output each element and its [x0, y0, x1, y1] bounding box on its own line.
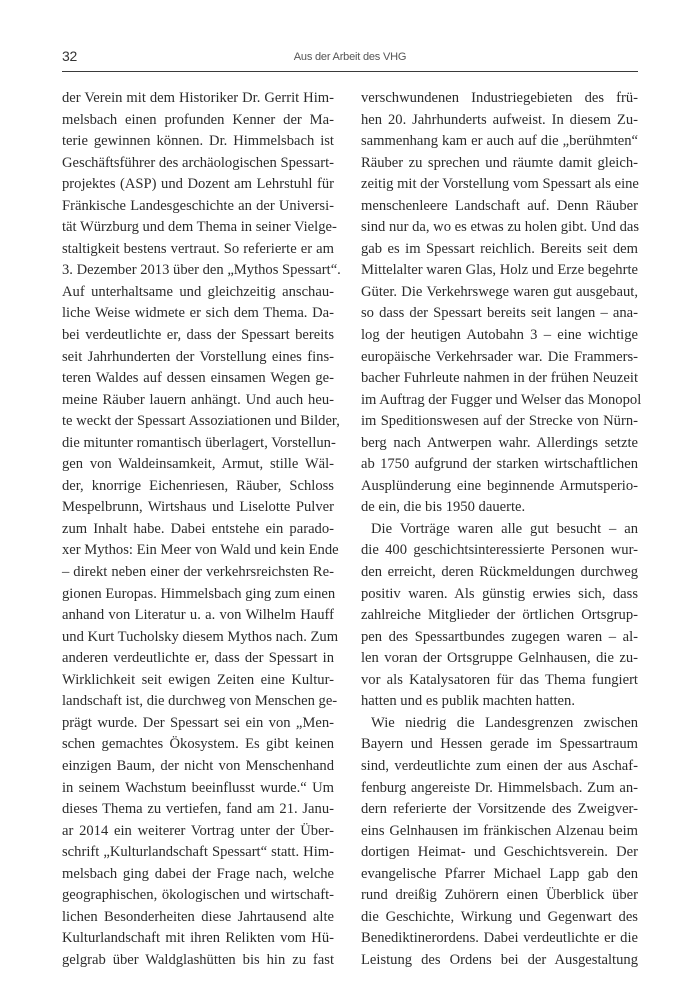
text-line: Die Vorträge waren alle gut besucht – an: [361, 519, 638, 541]
text-line: evangelische Pfarrer Michael Lapp gab de…: [361, 864, 638, 886]
text-line: hatten und es publik machten hatten.: [361, 691, 638, 713]
text-line: sammenhang kam er auch auf die „berühmte…: [361, 131, 638, 153]
text-line: Mittelalter waren Glas, Holz und Erze be…: [361, 260, 638, 282]
text-line: – direkt neben einer der verkehrsreichst…: [62, 562, 334, 584]
text-line: einzigen Baum, der nicht von Menschenhan…: [62, 756, 334, 778]
text-line: landschaft ist, die durchweg von Mensche…: [62, 691, 334, 713]
text-line: berg nach Antwerpen wahr. Allerdings set…: [361, 433, 638, 455]
text-line: die 400 geschichtsinteressierte Personen…: [361, 540, 638, 562]
text-line: vor als Katalysatoren für das Thema fung…: [361, 670, 638, 692]
text-line: so dass der Spessart bereits seit langen…: [361, 303, 638, 325]
left-column: der Verein mit dem Historiker Dr. Gerrit…: [62, 88, 334, 971]
text-line: die Geschichte, Wirkung und Gegenwart de…: [361, 907, 638, 929]
text-line: den erreicht, deren Rückmeldungen durchw…: [361, 562, 638, 584]
section-title: Aus der Arbeit des VHG: [62, 51, 638, 63]
text-line: Räuber zu sprechen und räumte damit glei…: [361, 153, 638, 175]
text-line: Ausplünderung eine beginnende Armutsperi…: [361, 476, 638, 498]
text-line: meine Räuber lauern anhängt. Und auch he…: [62, 390, 334, 412]
text-line: positiv waren. Als günstig erwies sich, …: [361, 584, 638, 606]
text-line: rund dreißig Zuhörern einen Überblick üb…: [361, 885, 638, 907]
text-line: bei verdeutlichte er, dass der Spessart …: [62, 325, 334, 347]
text-line: Fränkische Landesgeschichte an der Unive…: [62, 196, 334, 218]
text-line: terie gewinnen können. Dr. Himmelsbach i…: [62, 131, 334, 153]
text-line: pen des Spessartbundes zugegen waren – a…: [361, 627, 638, 649]
text-line: im Auftrag der Fugger und Welser das Mon…: [361, 390, 638, 412]
text-line: in seinem Wachstum beeinflusst wurde.“ U…: [62, 778, 334, 800]
text-line: Geschäftsführer des archäologischen Spes…: [62, 153, 334, 175]
text-line: projektes (ASP) und Dozent am Lehrstuhl …: [62, 174, 334, 196]
text-line: de ein, die bis 1950 dauerte.: [361, 497, 638, 519]
text-line: log der heutigen Autobahn 3 – eine wicht…: [361, 325, 638, 347]
text-line: dortigen Heimat- und Geschichtsverein. D…: [361, 842, 638, 864]
text-line: Wirklichkeit seit ewigen Zeiten eine Kul…: [62, 670, 334, 692]
text-line: Benediktinerordens. Dabei verdeutlichte …: [361, 928, 638, 950]
text-line: Bayern und Hessen gerade im Spessartraum: [361, 734, 638, 756]
text-line: und Kurt Tucholsky diesem Mythos nach. Z…: [62, 627, 334, 649]
text-line: gelgrab über Waldglashütten bis hin zu f…: [62, 950, 334, 972]
text-line: eins Gelnhausen im fränkischen Alzenau b…: [361, 821, 638, 843]
text-line: Kulturlandschaft mit ihren Relikten vom …: [62, 928, 334, 950]
text-line: der, knorrige Eichenriesen, Räuber, Schl…: [62, 476, 334, 498]
text-line: der Verein mit dem Historiker Dr. Gerrit…: [62, 88, 334, 110]
text-line: zum Inhalt habe. Dabei entstehe ein para…: [62, 519, 334, 541]
text-line: bacher Fuhrleute nahmen in der frühen Ne…: [361, 368, 638, 390]
text-line: im Speditionswesen auf der Strecke von N…: [361, 411, 638, 433]
text-line: seit Jahrhunderten der Vorstellung eines…: [62, 347, 334, 369]
text-line: 3. Dezember 2013 über den „Mythos Spessa…: [62, 260, 334, 282]
text-line: Mespelbrunn, Wirtshaus und Liselotte Pul…: [62, 497, 334, 519]
text-line: verschwundenen Industriegebieten des frü…: [361, 88, 638, 110]
text-line: Auf unterhaltsame und gleichzeitig ansch…: [62, 282, 334, 304]
text-line: Güter. Die Verkehrswege waren gut ausgeb…: [361, 282, 638, 304]
text-line: zeitig mit der Vorstellung vom Spessart …: [361, 174, 638, 196]
text-line: sind nur da, wo es etwas zu holen gibt. …: [361, 217, 638, 239]
text-line: te weckt der Spessart Assoziationen und …: [62, 411, 334, 433]
text-line: anderen verdeutlichte er, dass der Spess…: [62, 648, 334, 670]
text-line: geographischen, ökologischen und wirtsch…: [62, 885, 334, 907]
text-line: lichen Besonderheiten diese Jahrtausend …: [62, 907, 334, 929]
text-line: gionen Europas. Himmelsbach ging zum ein…: [62, 584, 334, 606]
text-line: ab 1750 aufgrund der starken wirtschaftl…: [361, 454, 638, 476]
text-line: ar 2014 ein weiterer Vortrag unter der Ü…: [62, 821, 334, 843]
right-column: verschwundenen Industriegebieten des frü…: [361, 88, 638, 971]
text-line: staltigkeit bestens vertraut. So referie…: [62, 239, 334, 261]
text-line: dern referierte der Vorsitzende des Zwei…: [361, 799, 638, 821]
text-line: hen 20. Jahrhunderts aufweist. In diesem…: [361, 110, 638, 132]
text-line: anhand von Literatur u. a. von Wilhelm H…: [62, 605, 334, 627]
text-line: fenburg angereiste Dr. Himmelsbach. Zum …: [361, 778, 638, 800]
text-line: zahlreiche Mitglieder der örtlichen Orts…: [361, 605, 638, 627]
text-line: gen von Waldeinsamkeit, Armut, stille Wä…: [62, 454, 334, 476]
running-head: 32 Aus der Arbeit des VHG: [62, 47, 638, 72]
text-line: menschenleere Landschaft auf. Denn Räube…: [361, 196, 638, 218]
text-line: schrift „Kulturlandschaft Spessart“ stat…: [62, 842, 334, 864]
text-line: melsbach ging dabei der Frage nach, welc…: [62, 864, 334, 886]
text-line: Leistung des Ordens bei der Ausgestaltun…: [361, 950, 638, 972]
text-line: gab es im Spessart reichlich. Bereits se…: [361, 239, 638, 261]
text-line: Wie niedrig die Landesgrenzen zwischen: [361, 713, 638, 735]
text-line: sind, verdeutlichte zum einen der aus As…: [361, 756, 638, 778]
text-line: prägt wurde. Der Spessart sei ein von „M…: [62, 713, 334, 735]
text-line: europäische Verkehrsader war. Die Framme…: [361, 347, 638, 369]
text-line: liche Weise widmete er sich dem Thema. D…: [62, 303, 334, 325]
text-line: die mitunter romantisch überlagert, Vors…: [62, 433, 334, 455]
text-line: dieses Thema zu vertiefen, fand am 21. J…: [62, 799, 334, 821]
text-line: xer Mythos: Ein Meer von Wald und kein E…: [62, 540, 334, 562]
text-line: melsbach einen profunden Kenner der Ma-: [62, 110, 334, 132]
text-line: len voran der Ortsgruppe Gelnhausen, die…: [361, 648, 638, 670]
text-line: tät Würzburg und dem Thema in seiner Vie…: [62, 217, 334, 239]
text-line: schen gemachtes Ökosystem. Es gibt keine…: [62, 734, 334, 756]
text-line: teren Waldes auf dessen einsamen Wegen g…: [62, 368, 334, 390]
